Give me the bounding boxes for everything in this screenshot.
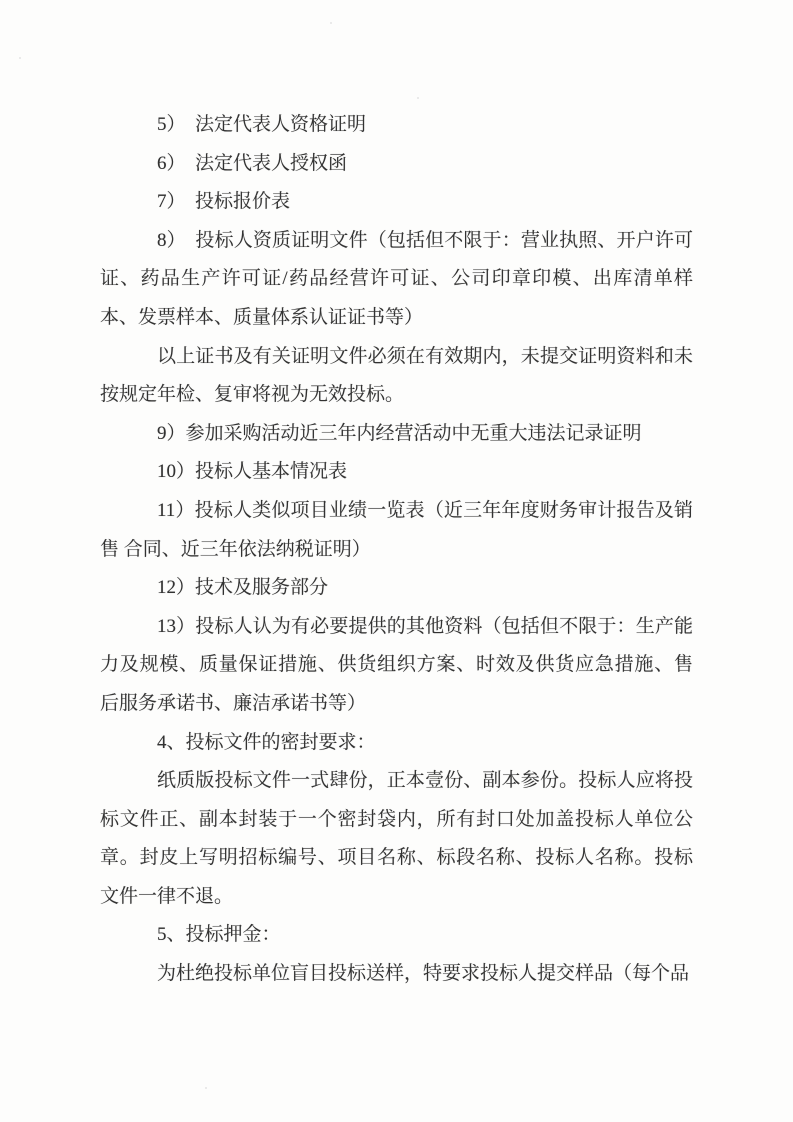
text-line: 13）投标人认为有必要提供的其他资料（包括但不限于：生产能: [100, 608, 693, 647]
text-line: 标文件正、副本封装于一个密封袋内，所有封口处加盖投标人单位公: [100, 801, 693, 840]
text-line: 10）投标人基本情况表: [100, 453, 693, 492]
text-line: 5） 法定代表人资格证明: [100, 106, 693, 145]
text-line: 12）技术及服务部分: [100, 569, 693, 608]
text-line: 后服务承诺书、廉洁承诺书等）: [100, 685, 693, 724]
document-body: 5） 法定代表人资格证明6） 法定代表人授权函7） 投标报价表8） 投标人资质证…: [100, 106, 693, 994]
text-line: 为杜绝投标单位盲目投标送样，特要求投标人提交样品（每个品: [100, 955, 693, 994]
text-line: 证、药品生产许可证/药品经营许可证、公司印章印模、出库清单样: [100, 260, 693, 299]
text-line: 力及规模、质量保证措施、供货组织方案、时效及供货应急措施、售: [100, 646, 693, 685]
text-line: 5、投标押金：: [100, 916, 693, 955]
text-line: 6） 法定代表人授权函: [100, 145, 693, 184]
text-line: 4、投标文件的密封要求：: [100, 724, 693, 763]
text-line: 纸质版投标文件一式肆份，正本壹份、副本参份。投标人应将投: [100, 762, 693, 801]
text-line: 章。封皮上写明招标编号、项目名称、标段名称、投标人名称。投标: [100, 839, 693, 878]
document-page: 5） 法定代表人资格证明6） 法定代表人授权函7） 投标报价表8） 投标人资质证…: [0, 0, 793, 1122]
text-line: 文件一律不退。: [100, 878, 693, 917]
scan-speck: [205, 1087, 207, 1089]
text-line: 7） 投标报价表: [100, 183, 693, 222]
text-line: 8） 投标人资质证明文件（包括但不限于：营业执照、开户许可: [100, 222, 693, 261]
scan-speck: [19, 57, 21, 59]
text-line: 按规定年检、复审将视为无效投标。: [100, 376, 693, 415]
scan-speck: [417, 97, 419, 99]
text-line: 售 合同、近三年依法纳税证明）: [100, 531, 693, 570]
text-line: 本、发票样本、质量体系认证证书等）: [100, 299, 693, 338]
text-line: 以上证书及有关证明文件必须在有效期内，未提交证明资料和未: [100, 338, 693, 377]
text-line: 11）投标人类似项目业绩一览表（近三年年度财务审计报告及销: [100, 492, 693, 531]
text-line: 9）参加采购活动近三年内经营活动中无重大违法记录证明: [100, 415, 693, 454]
scan-speck: [330, 22, 332, 24]
